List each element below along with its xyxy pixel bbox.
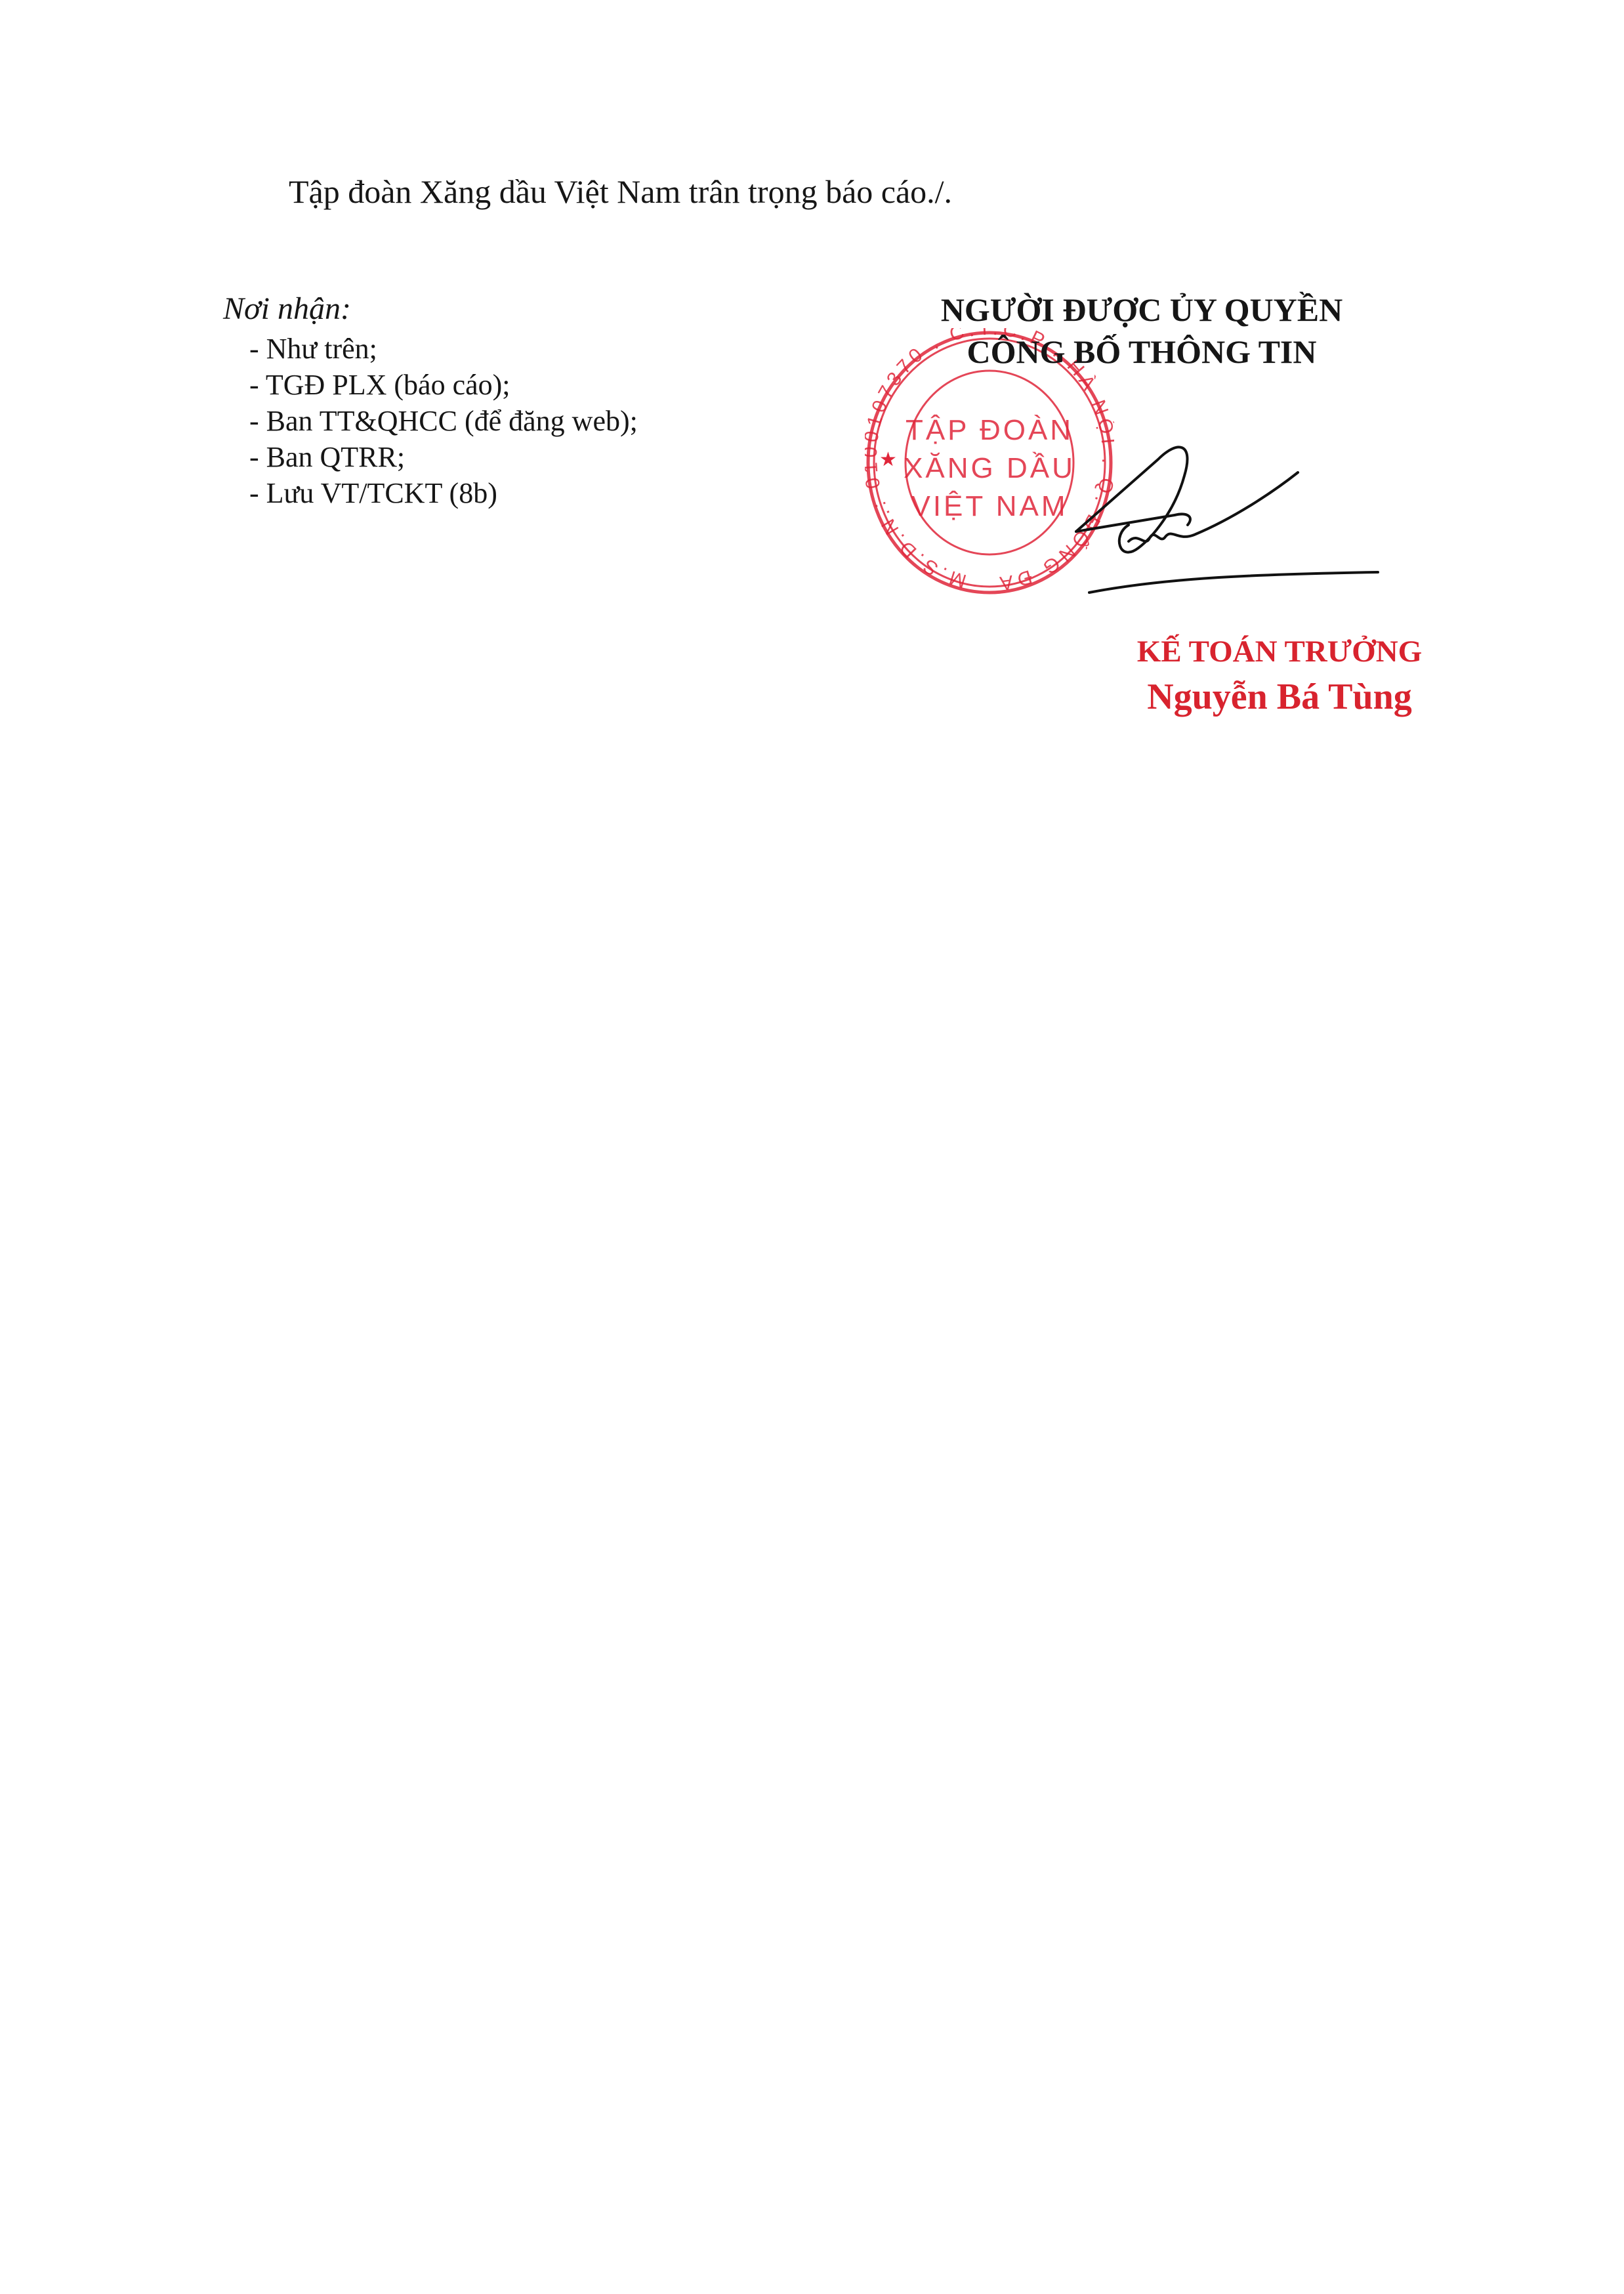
recipients-block: Nơi nhận: - Như trên; - TGĐ PLX (báo cáo… bbox=[223, 289, 638, 511]
signer-name: Nguyễn Bá Tùng bbox=[1109, 673, 1450, 720]
recipient-item: - Ban TT&QHCC (để đăng web); bbox=[249, 403, 638, 439]
recipient-item: - Như trên; bbox=[249, 331, 638, 367]
handwritten-signature bbox=[997, 407, 1391, 604]
signer-block: KẾ TOÁN TRƯỞNG Nguyễn Bá Tùng bbox=[1109, 630, 1450, 720]
signature-title: NGƯỜI ĐƯỢC ỦY QUYỀN CÔNG BỐ THÔNG TIN bbox=[906, 289, 1378, 373]
recipient-item: - Ban QTRR; bbox=[249, 439, 638, 475]
recipient-item: - Lưu VT/TCKT (8b) bbox=[249, 475, 638, 511]
recipients-list: - Như trên; - TGĐ PLX (báo cáo); - Ban T… bbox=[223, 331, 638, 511]
signature-title-line-2: CÔNG BỐ THÔNG TIN bbox=[906, 331, 1378, 373]
recipients-heading: Nơi nhận: bbox=[223, 289, 638, 329]
recipient-item: - TGĐ PLX (báo cáo); bbox=[249, 367, 638, 403]
signature-title-line-1: NGƯỜI ĐƯỢC ỦY QUYỀN bbox=[906, 289, 1378, 331]
star-icon: ★ bbox=[879, 448, 897, 471]
closing-statement: Tập đoàn Xăng dầu Việt Nam trân trọng bá… bbox=[289, 172, 952, 211]
signer-role: KẾ TOÁN TRƯỞNG bbox=[1109, 630, 1450, 673]
